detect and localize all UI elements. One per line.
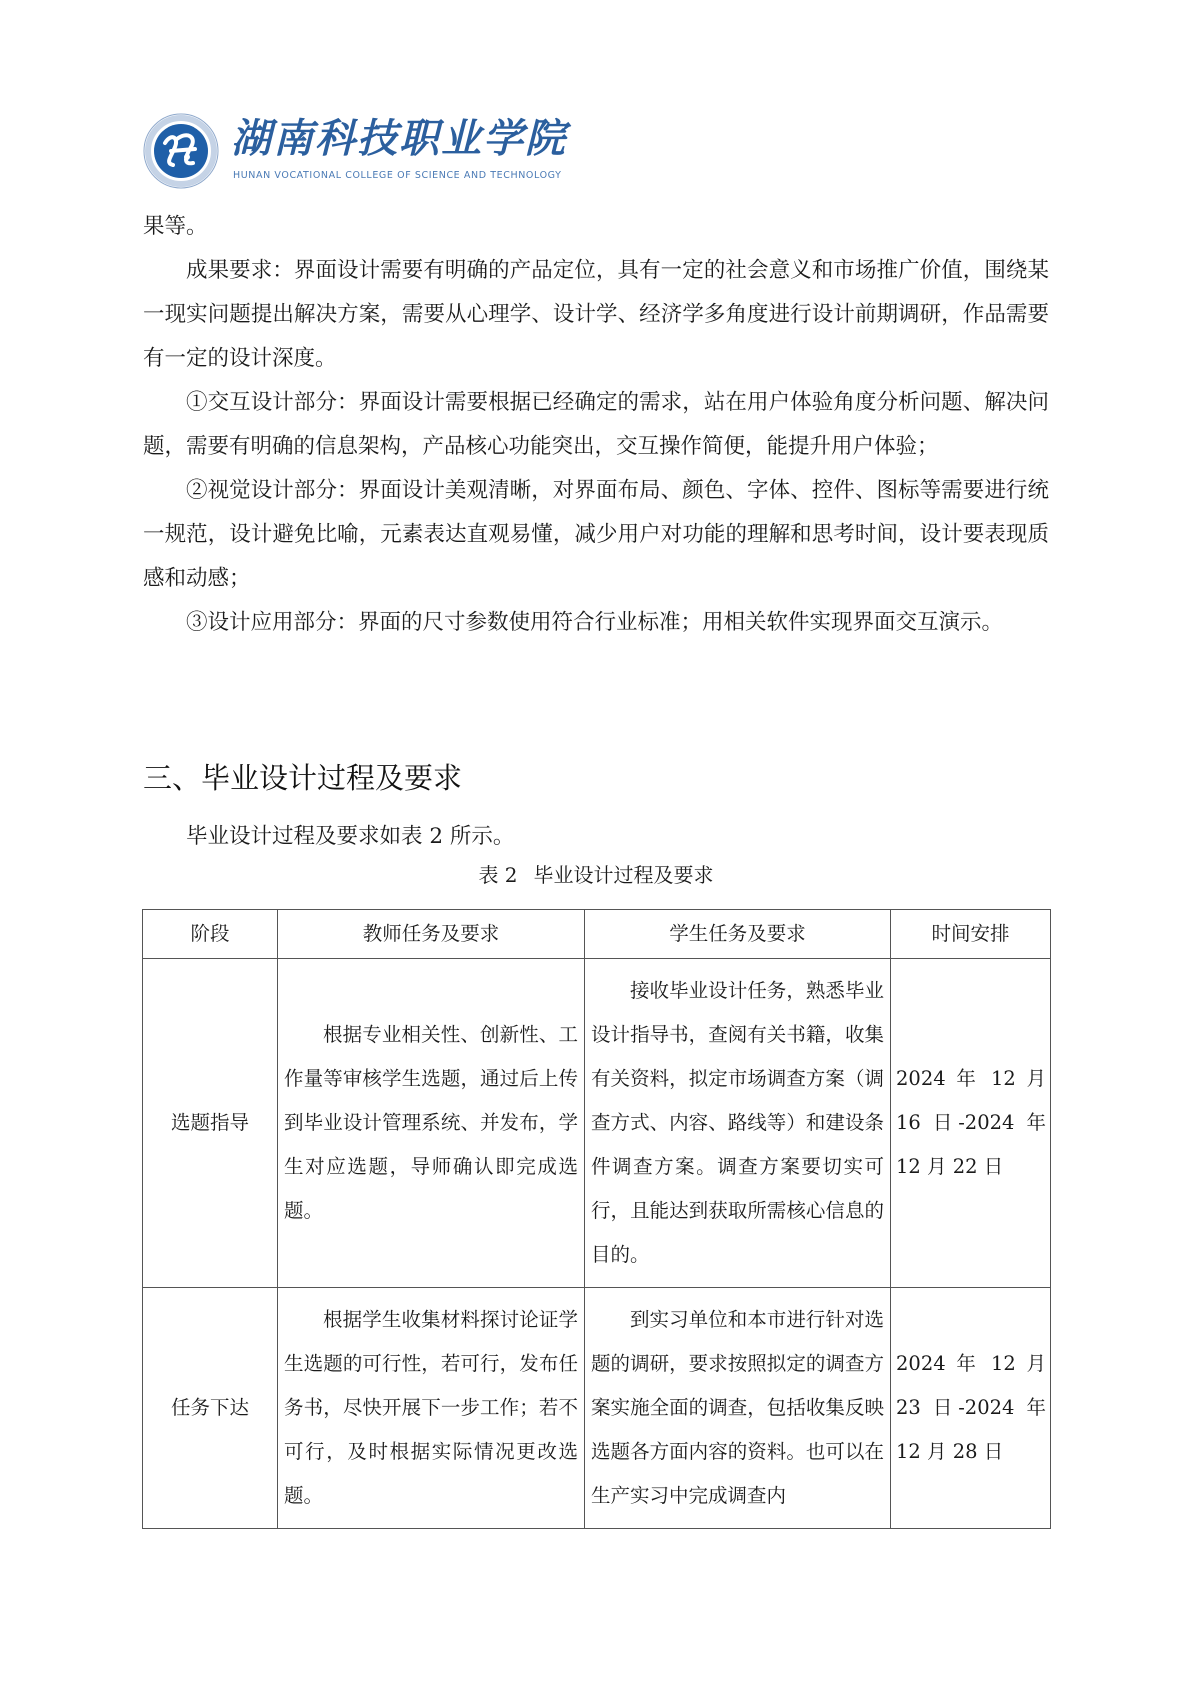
table-row: 任务下达 根据学生收集材料探讨论证学生选题的可行性，若可行，发布任务书，尽快开展… xyxy=(143,1288,1051,1529)
college-logo: 湖南科技职业学院 HUNAN VOCATIONAL COLLEGE OF SCI… xyxy=(143,112,603,190)
table-caption-number: 表 2 xyxy=(478,863,517,887)
body-text: 果等。 成果要求：界面设计需要有明确的产品定位，具有一定的社会意义和市场推广价值… xyxy=(143,205,1049,645)
column-header-student: 学生任务及要求 xyxy=(585,910,891,959)
cell-student-task: 到实习单位和本市进行针对选题的调研，要求按照拟定的调查方案实施全面的调查，包括收… xyxy=(585,1288,891,1529)
paragraph-design-application: ③设计应用部分：界面的尺寸参数使用符合行业标准；用相关软件实现界面交互演示。 xyxy=(143,601,1049,645)
cell-time: 2024 年 12 月 23 日-2024 年 12 月 28 日 xyxy=(891,1288,1051,1529)
cell-stage: 任务下达 xyxy=(143,1288,278,1529)
college-name-en: HUNAN VOCATIONAL COLLEGE OF SCIENCE AND … xyxy=(233,170,562,181)
paragraph-visual-design: ②视觉设计部分：界面设计美观清晰，对界面布局、颜色、字体、控件、图标等需要进行统… xyxy=(143,469,1049,601)
cell-student-task: 接收毕业设计任务，熟悉毕业设计指导书，查阅有关书籍，收集有关资料，拟定市场调查方… xyxy=(585,959,891,1288)
section-intro: 毕业设计过程及要求如表 2 所示。 xyxy=(143,815,1049,859)
column-header-teacher: 教师任务及要求 xyxy=(278,910,585,959)
college-emblem-icon xyxy=(143,113,219,189)
table-row: 选题指导 根据专业相关性、创新性、工作量等审核学生选题，通过后上传到毕业设计管理… xyxy=(143,959,1051,1288)
section-heading: 三、毕业设计过程及要求 xyxy=(143,756,462,800)
cell-teacher-task: 根据专业相关性、创新性、工作量等审核学生选题，通过后上传到毕业设计管理系统、并发… xyxy=(278,959,585,1288)
table-header-row: 阶段 教师任务及要求 学生任务及要求 时间安排 xyxy=(143,910,1051,959)
cell-teacher-task: 根据学生收集材料探讨论证学生选题的可行性，若可行，发布任务书，尽快开展下一步工作… xyxy=(278,1288,585,1529)
column-header-stage: 阶段 xyxy=(143,910,278,959)
college-name-cn: 湖南科技职业学院 xyxy=(231,114,567,164)
paragraph-interaction-design: ①交互设计部分：界面设计需要根据已经确定的需求，站在用户体验角度分析问题、解决问… xyxy=(143,381,1049,469)
cell-stage: 选题指导 xyxy=(143,959,278,1288)
table-caption: 表 2毕业设计过程及要求 xyxy=(143,858,1049,892)
paragraph-outcome-requirements: 成果要求：界面设计需要有明确的产品定位，具有一定的社会意义和市场推广价值，围绕某… xyxy=(143,249,1049,381)
paragraph-continuation: 果等。 xyxy=(143,205,1049,249)
cell-time: 2024 年 12 月 16 日-2024 年 12 月 22 日 xyxy=(891,959,1051,1288)
table-caption-title: 毕业设计过程及要求 xyxy=(534,863,714,887)
process-table: 阶段 教师任务及要求 学生任务及要求 时间安排 选题指导 根据专业相关性、创新性… xyxy=(142,909,1051,1529)
column-header-time: 时间安排 xyxy=(891,910,1051,959)
